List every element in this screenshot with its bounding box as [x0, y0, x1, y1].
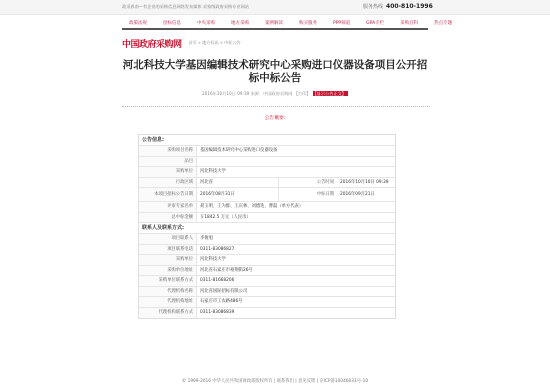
section-announcement-info: 公告信息: — [139, 135, 395, 146]
divider — [122, 106, 430, 107]
value-total-amount: ￥1842.5 万元（人民币） — [197, 213, 395, 223]
table-row: 本项目招标公告日期 2016年08月31日 中标日期 2016年09月21日 — [139, 188, 395, 202]
table-row: 代理机构联系方式 0311-83086839 — [139, 308, 395, 318]
value-agency-address: 石家庄市工农路486号 — [197, 297, 395, 307]
nav-item-case-study[interactable]: 案例解读 — [265, 20, 283, 26]
page-title: 河北科技大学基因编辑技术研究中心采购进口仪器设备项目公开招标中标公告 — [120, 59, 430, 85]
label-total-amount: 总中标金额 — [139, 213, 197, 223]
table-row: 品目 — [139, 157, 395, 168]
table-row: 采购项目名称 基因编辑技术研究中心采购进口仪器设备 — [139, 146, 395, 157]
top-bar: 政采界南—有企业的采购信息网络发布媒体 采家级政府采购专业网站 服务热线400-… — [0, 0, 550, 15]
label-award-date: 中标日期 — [279, 188, 337, 201]
hotline: 服务热线400-810-1996 — [363, 3, 433, 10]
table-row: 采购单位 河北科技大学 — [139, 255, 395, 266]
value-region: 河北省 — [197, 178, 279, 188]
value-item — [197, 157, 395, 167]
label-purchaser-address: 采购单位地址 — [139, 266, 197, 276]
nav-item-policy[interactable]: 政策法规 — [129, 20, 147, 26]
value-experts: 聂玉明、王为群、王庆林、刘德迭、曹磊（单方代表） — [197, 202, 395, 212]
value-project-phone: 0311-83086827 — [197, 245, 395, 255]
table-row: 代理机构名称 河北省国际招标有限公司 — [139, 287, 395, 298]
label-agency-contact: 代理机构联系方式 — [139, 308, 197, 318]
label-agency-address: 代理机构地址 — [139, 297, 197, 307]
value-project-name: 基因编辑技术研究中心采购进口仪器设备 — [197, 146, 395, 156]
table-row: 项目联系电话 0311-83086827 — [139, 245, 395, 256]
label-item: 品目 — [139, 157, 197, 167]
label-purchaser-contact: 采购单位联系方式 — [139, 276, 197, 286]
table-row: 采购单位 河北科技大学 — [139, 167, 395, 178]
value-award-date: 2016年09月21日 — [337, 188, 395, 201]
table-row: 行政区域 河北省 公告时间 2016年10月10日 09:39 — [139, 178, 395, 189]
value-purchaser-contact: 0311-81668206 — [197, 276, 395, 286]
label-project-name: 采购项目名称 — [139, 146, 197, 156]
nav-item-gpa[interactable]: GPA专栏 — [366, 20, 384, 26]
info-table: 公告信息: 采购项目名称 基因编辑技术研究中心采购进口仪器设备 品目 采购单位 … — [138, 134, 396, 319]
value-agency-name: 河北省国际招标有限公司 — [197, 287, 395, 297]
value-purchaser: 河北科技大学 — [197, 167, 395, 177]
table-row: 评审专家名单 聂玉明、王为群、王庆林、刘德迭、曹磊（单方代表） — [139, 202, 395, 213]
label-purchaser: 采购单位 — [139, 167, 197, 177]
nav-item-encyclopedia[interactable]: 采购百科 — [400, 20, 418, 26]
value-purchaser-unit: 河北科技大学 — [197, 255, 395, 265]
breadcrumb[interactable]: 首页 » 地方标讯 » 中标公告 — [189, 40, 241, 46]
table-row: 采购单位地址 河北省石家庄市裕翔街26号 — [139, 266, 395, 277]
article-meta: 2016年10月10日 09:39 来源：中国政府采购网 【打印】【显示公告正文… — [120, 91, 430, 97]
value-bid-announce-date: 2016年08月31日 — [197, 188, 279, 201]
label-region: 行政区域 — [139, 178, 197, 188]
nav-item-purchase-services[interactable]: 购买服务 — [299, 20, 317, 26]
label-experts: 评审专家名单 — [139, 202, 197, 212]
label-project-phone: 项目联系电话 — [139, 245, 197, 255]
value-agency-contact: 0311-83086839 — [197, 308, 395, 318]
nav-item-tender-info[interactable]: 招标信息 — [163, 20, 181, 26]
nav-item-hot-topics[interactable]: 热点专题 — [434, 20, 452, 26]
table-row: 代理机构地址 石家庄市工农路486号 — [139, 297, 395, 308]
hotline-number: 400-810-1996 — [386, 3, 433, 10]
label-announce-time: 公告时间 — [279, 178, 337, 188]
hotline-label: 服务热线 — [363, 4, 383, 10]
site-logo[interactable]: 中国政府采购网 — [122, 37, 182, 50]
value-project-contact: 李俊旭 — [197, 234, 395, 244]
value-announce-time: 2016年10月10日 09:39 — [337, 178, 395, 188]
logo-row: 中国政府采购网 首页 » 地方标讯 » 中标公告 — [122, 37, 241, 49]
meta-text: 2016年10月10日 09:39 来源：中国政府采购网 【打印】 — [202, 91, 311, 96]
nav-item-central-procurement[interactable]: 中央采购 — [197, 20, 215, 26]
table-row: 项目联系人 李俊旭 — [139, 234, 395, 245]
nav-item-local-procurement[interactable]: 地方采购 — [231, 20, 249, 26]
footer: © 1999-2016 中华人民共和国财政部版权所有 | 联系我们 | 意见反馈… — [0, 378, 550, 384]
section-contacts: 联系人及联系方式: — [139, 223, 395, 234]
label-agency-name: 代理机构名称 — [139, 287, 197, 297]
nav-item-ppp[interactable]: PPP频道 — [333, 20, 350, 26]
label-project-contact: 项目联系人 — [139, 234, 197, 244]
table-row: 总中标金额 ￥1842.5 万元（人民币） — [139, 213, 395, 224]
show-body-button[interactable]: 【显示公告正文】 — [313, 91, 348, 96]
summary-title: 公告概要: — [120, 114, 430, 121]
site-slogan: 政采界南—有企业的采购信息网络发布媒体 采家级政府采购专业网站 — [122, 4, 249, 10]
main-nav: 政策法规 招标信息 中央采购 地方采购 案例解读 购买服务 PPP频道 GPA专… — [122, 17, 428, 30]
label-bid-announce-date: 本项目招标公告日期 — [139, 188, 197, 201]
label-purchaser-unit: 采购单位 — [139, 255, 197, 265]
value-purchaser-address: 河北省石家庄市裕翔街26号 — [197, 266, 395, 276]
table-row: 采购单位联系方式 0311-81668206 — [139, 276, 395, 287]
